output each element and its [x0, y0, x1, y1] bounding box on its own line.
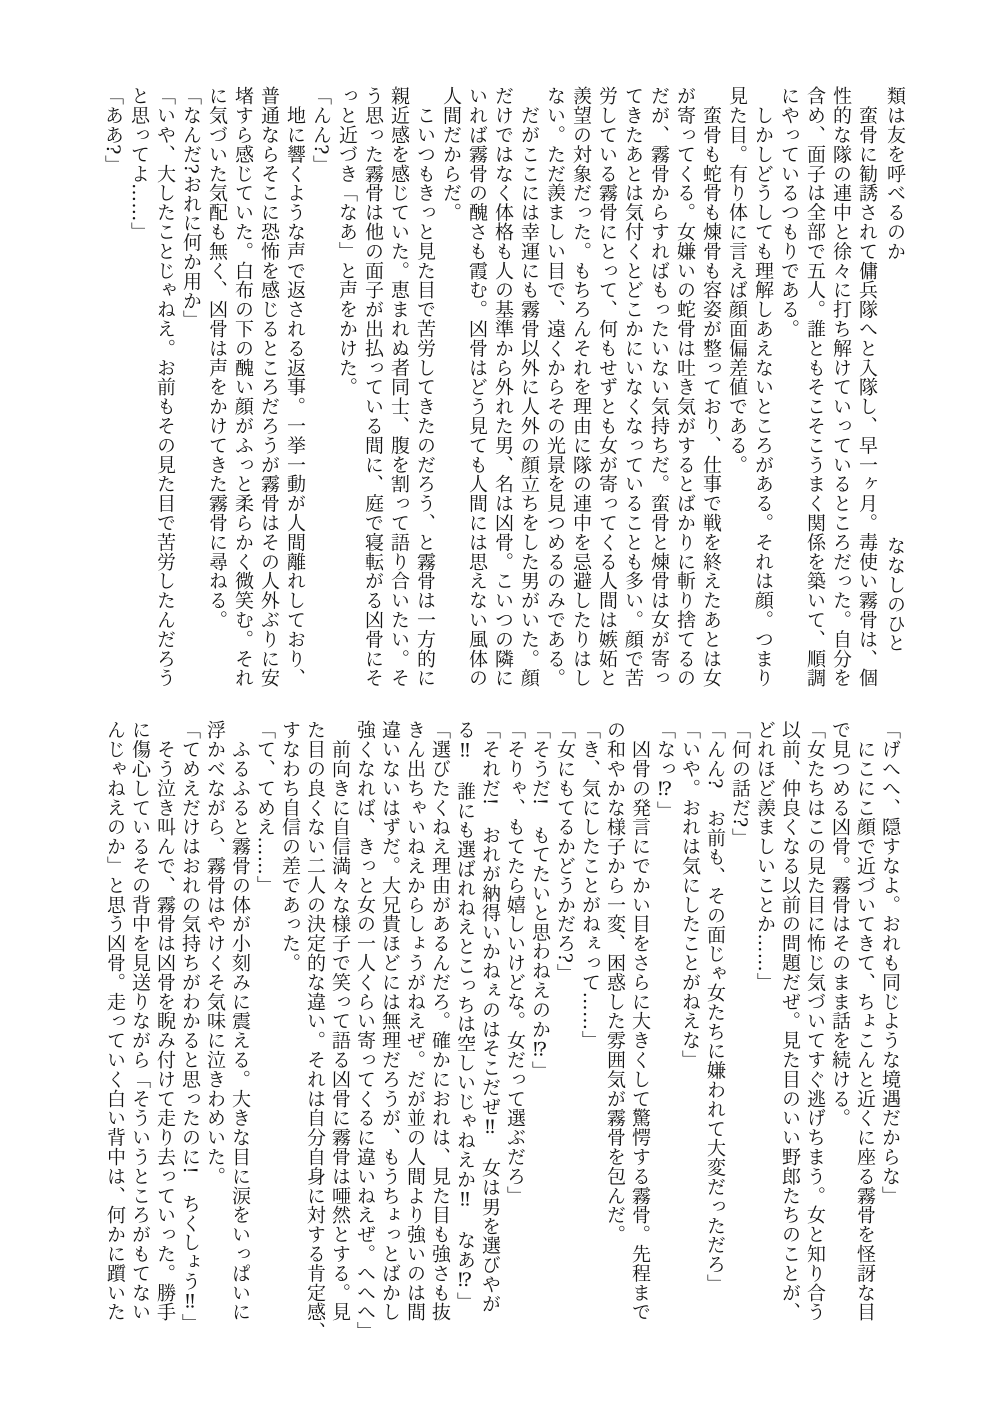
story-block-bottom: 「げへへ、隠すなよ。おれも同じような境遇だからな」 にこにこ顔で近づいてきて、ち…	[102, 720, 902, 1356]
title-author-spacer	[882, 261, 908, 536]
story-text-bottom: 「げへへ、隠すなよ。おれも同じような境遇だからな」 にこにこ顔で近づいてきて、ち…	[102, 720, 902, 1356]
story-title: 類は友を呼べるのか	[882, 86, 908, 261]
story-text-top: 蛮骨に勧誘されて傭兵隊へと入隊し、早一ヶ月。毒使い霧骨は、個 性的な隊の連中と徐…	[100, 86, 880, 698]
story-block-top: 類は友を呼べるのか ななしのひと 蛮骨に勧誘されて傭兵隊へと入隊し、早一ヶ月。毒…	[100, 86, 908, 698]
title-column: 類は友を呼べるのか ななしのひと	[882, 86, 908, 698]
author-end-pad	[882, 652, 908, 698]
author-name: ななしのひと	[882, 536, 908, 652]
document-page: 類は友を呼べるのか ななしのひと 蛮骨に勧誘されて傭兵隊へと入隊し、早一ヶ月。毒…	[0, 0, 1000, 1414]
